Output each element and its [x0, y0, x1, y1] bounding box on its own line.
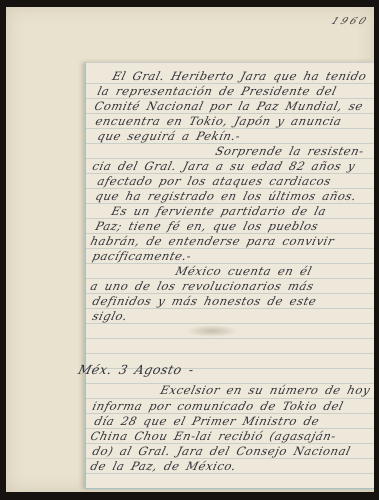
manuscript-line: China Chou En-lai recibió (agasaján-	[89, 430, 337, 443]
manuscript-line: cia del Gral. Jara a su edad 82 años y	[91, 160, 357, 173]
manuscript-line: do) al Gral. Jara del Consejo Nacional	[91, 445, 352, 458]
date-header-line: Méx. 3 Agosto -	[77, 363, 196, 376]
manuscript-page: 1960 El Gral. Heriberto Jara que ha teni…	[6, 7, 374, 492]
manuscript-line: que seguirá a Pekín.-	[96, 130, 242, 143]
manuscript-line: El Gral. Heriberto Jara que ha tenido	[111, 70, 368, 83]
manuscript-line: informa por comunicado de Tokio del	[91, 400, 345, 413]
manuscript-line: Es un ferviente partidario de la	[110, 205, 328, 218]
manuscript-line: la representación de Presidente del	[96, 85, 338, 98]
manuscript-line: Paz; tiene fé en, que los pueblos	[94, 220, 320, 233]
manuscript-line: siglo.	[91, 310, 129, 323]
manuscript-line: México cuenta en él	[174, 265, 313, 278]
ink-smudge	[186, 325, 238, 337]
manuscript-line: de la Paz, de México.	[89, 460, 238, 473]
manuscript-line: afectado por los ataques cardiacos	[96, 175, 332, 188]
manuscript-line: que ha registrado en los últimos años.	[94, 190, 358, 203]
manuscript-line: definidos y más honestos de este	[91, 295, 318, 308]
manuscript-line: día 28 que el Primer Ministro de	[93, 415, 321, 428]
manuscript-line: pacíficamente.-	[91, 250, 193, 263]
manuscript-line: habrán, de entenderse para convivir	[89, 235, 336, 248]
year-annotation: 1960	[329, 16, 371, 27]
scanned-manuscript: { "document": { "year_annotation": "1960…	[0, 0, 379, 500]
manuscript-line: encuentra en Tokio, Japón y anuncia	[94, 115, 343, 128]
manuscript-line: Sorprende la resisten-	[214, 145, 365, 158]
lined-sheet: El Gral. Heriberto Jara que ha tenido la…	[85, 62, 374, 489]
manuscript-line: Excelsior en su número de hoy	[159, 384, 372, 397]
manuscript-line: a uno de los revolucionarios más	[89, 280, 315, 293]
manuscript-line: Comité Nacional por la Paz Mundial, se	[93, 100, 365, 113]
